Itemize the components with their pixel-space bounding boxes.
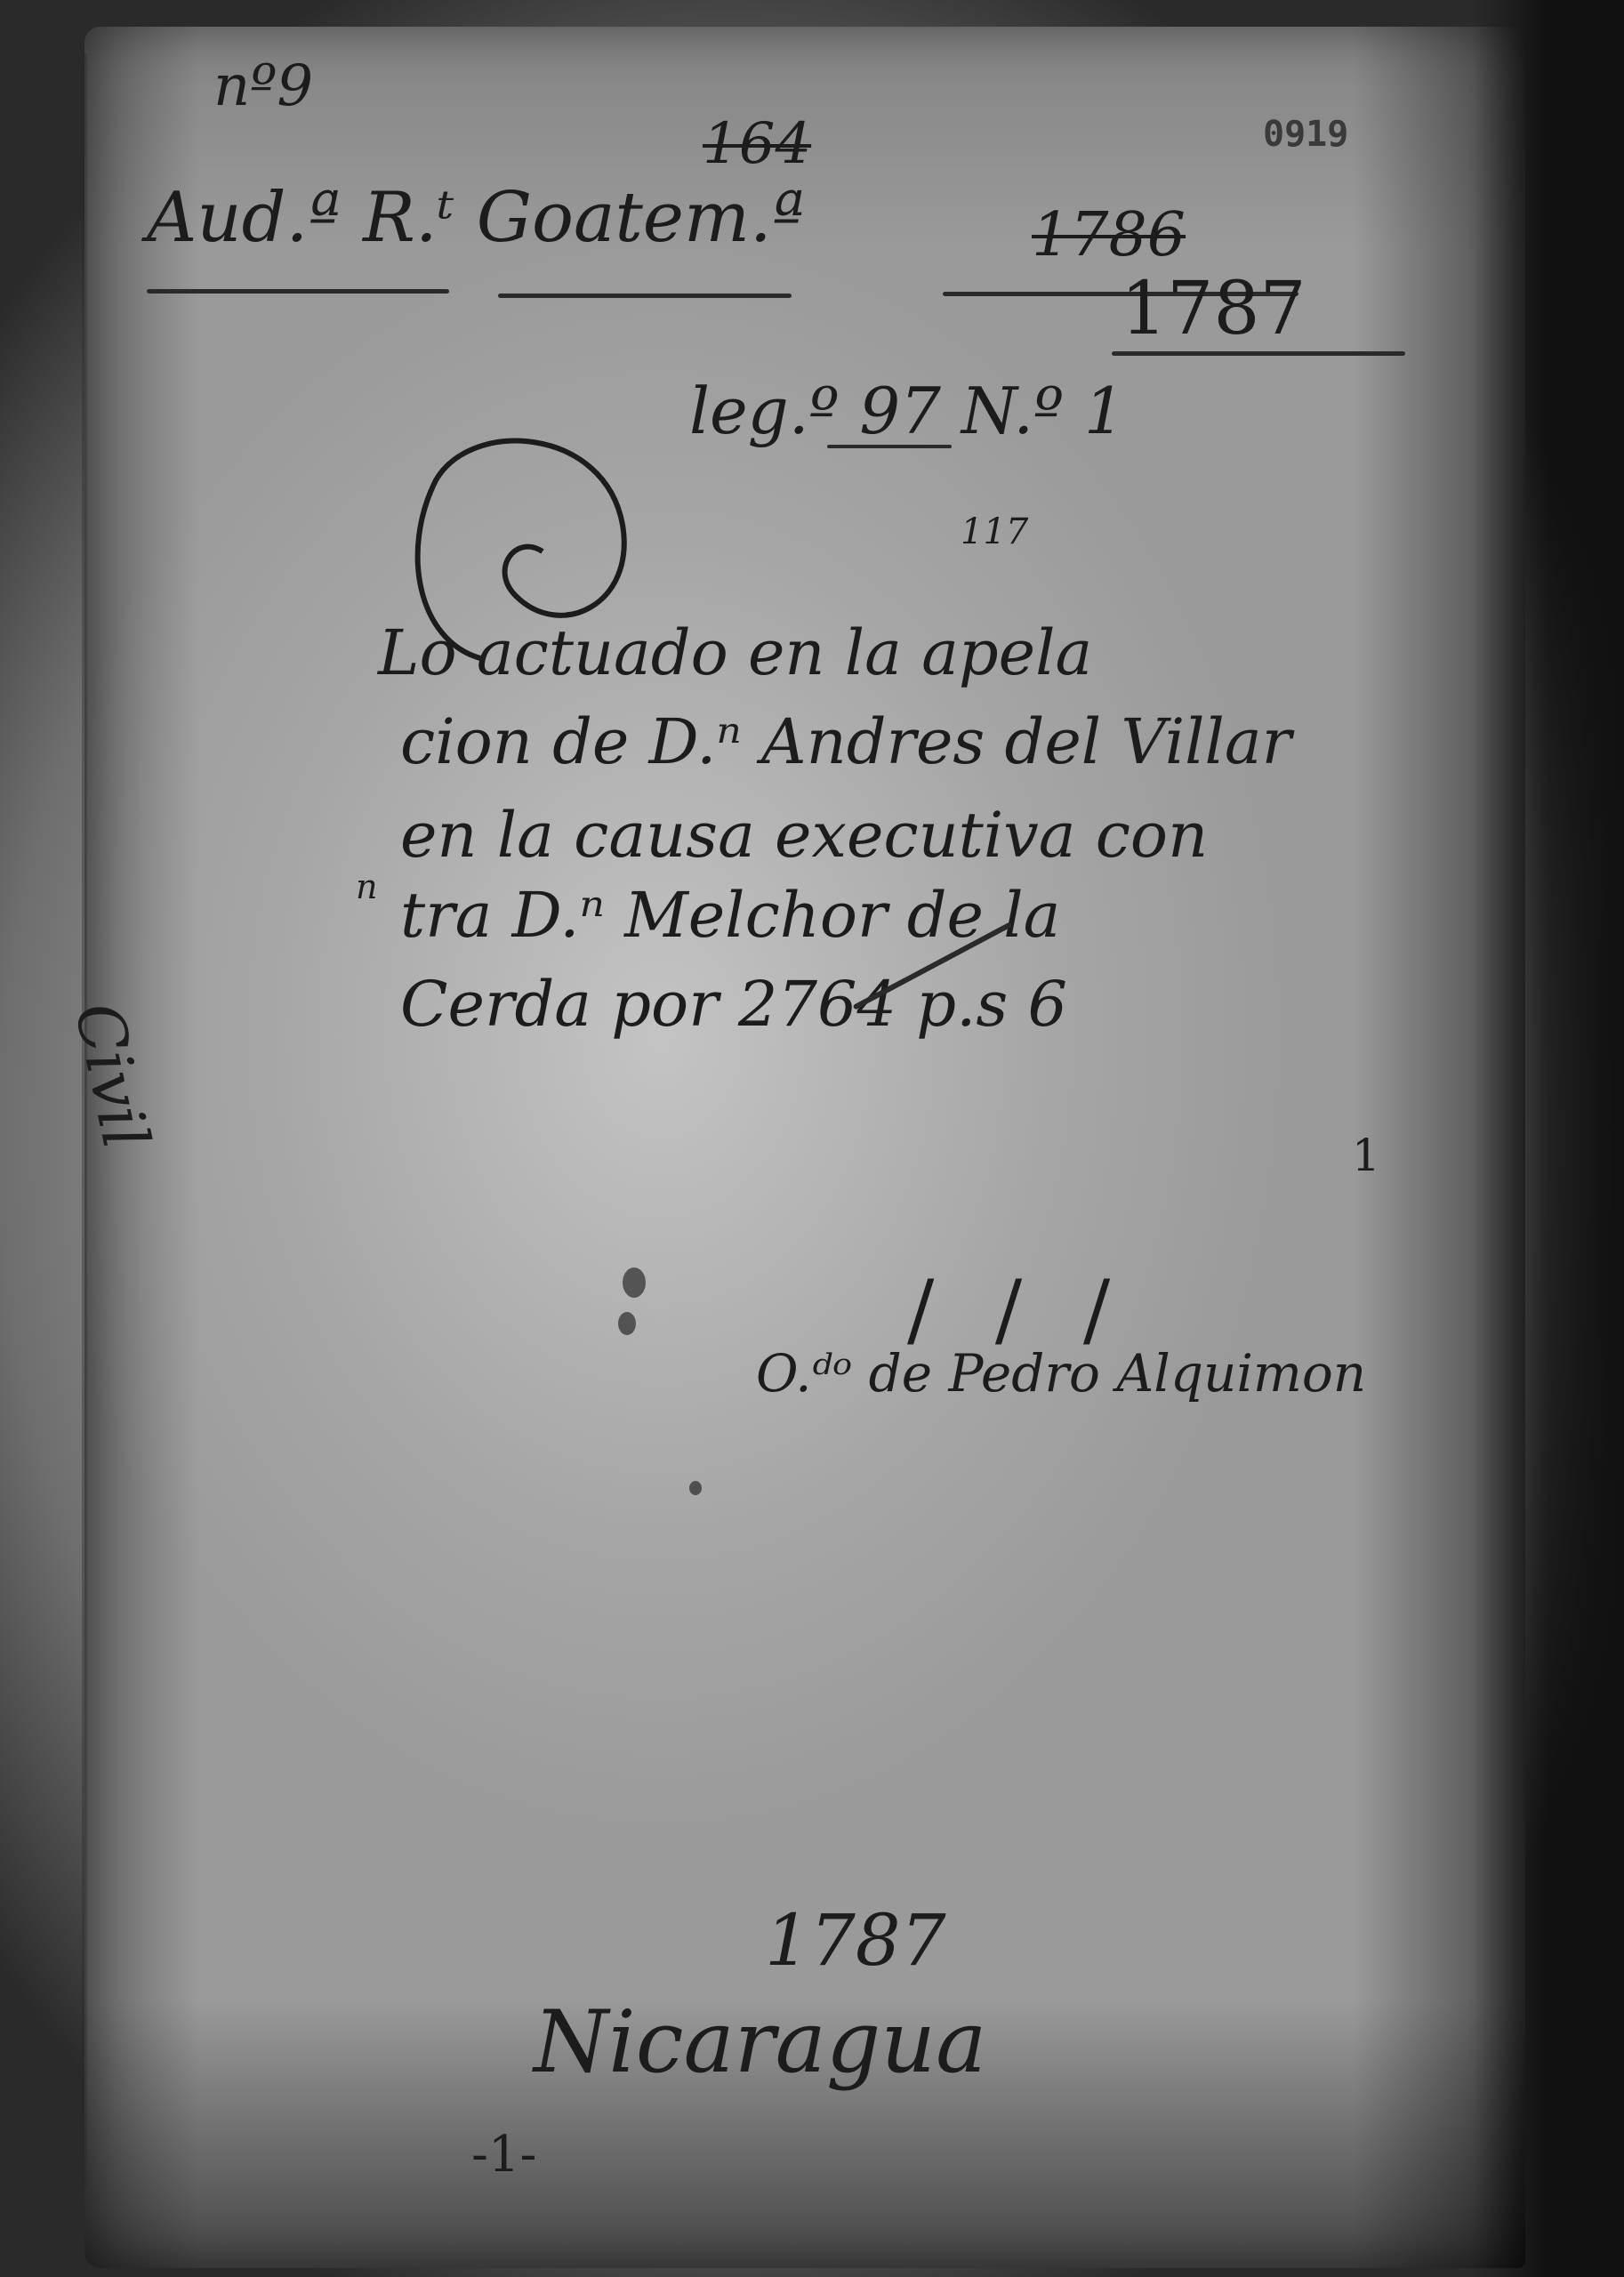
- legajo-struck: 164: [703, 111, 811, 177]
- title-line-1: Lo actuado en la apela: [378, 614, 1092, 692]
- year: 1787: [1121, 267, 1306, 351]
- ink-stain: [623, 1267, 646, 1298]
- audiencia-line: Aud.ª R.ᵗ Goatem.ª: [147, 178, 805, 258]
- footer-place: Nicaragua: [534, 1992, 986, 2092]
- page-number: -1-: [471, 2126, 536, 2184]
- title-line-2: cion de D.ⁿ Andres del Villar: [400, 703, 1291, 781]
- legajo-underline: [827, 445, 952, 448]
- title-line-3: en la causa executiva con: [400, 796, 1208, 874]
- left-margin-mark: n: [356, 867, 377, 906]
- year-underline: [1112, 351, 1405, 356]
- signature: O.ᵈᵒ de Pedro Alquimon: [756, 1343, 1366, 1404]
- archive-stamp-number: 0919: [1263, 114, 1348, 155]
- footer-year: 1787: [765, 1899, 946, 1982]
- header-rule-2: [498, 294, 792, 298]
- ink-stain: [689, 1481, 702, 1495]
- right-edge-shadow: [1473, 0, 1624, 2277]
- year-struck: 1786: [1032, 200, 1186, 270]
- title-line-5: Cerda por 2764 p.s 6: [400, 965, 1067, 1043]
- prefix-mark: nº9: [213, 53, 313, 119]
- legajo-number: leg.º 97 N.º 1: [689, 374, 1125, 448]
- small-mark: 117: [961, 511, 1028, 552]
- ink-stain: [618, 1312, 636, 1335]
- title-line-4: tra D.ⁿ Melchor de la: [400, 876, 1060, 954]
- right-margin-mark: 1: [1352, 1130, 1380, 1181]
- header-rule-1: [147, 289, 449, 294]
